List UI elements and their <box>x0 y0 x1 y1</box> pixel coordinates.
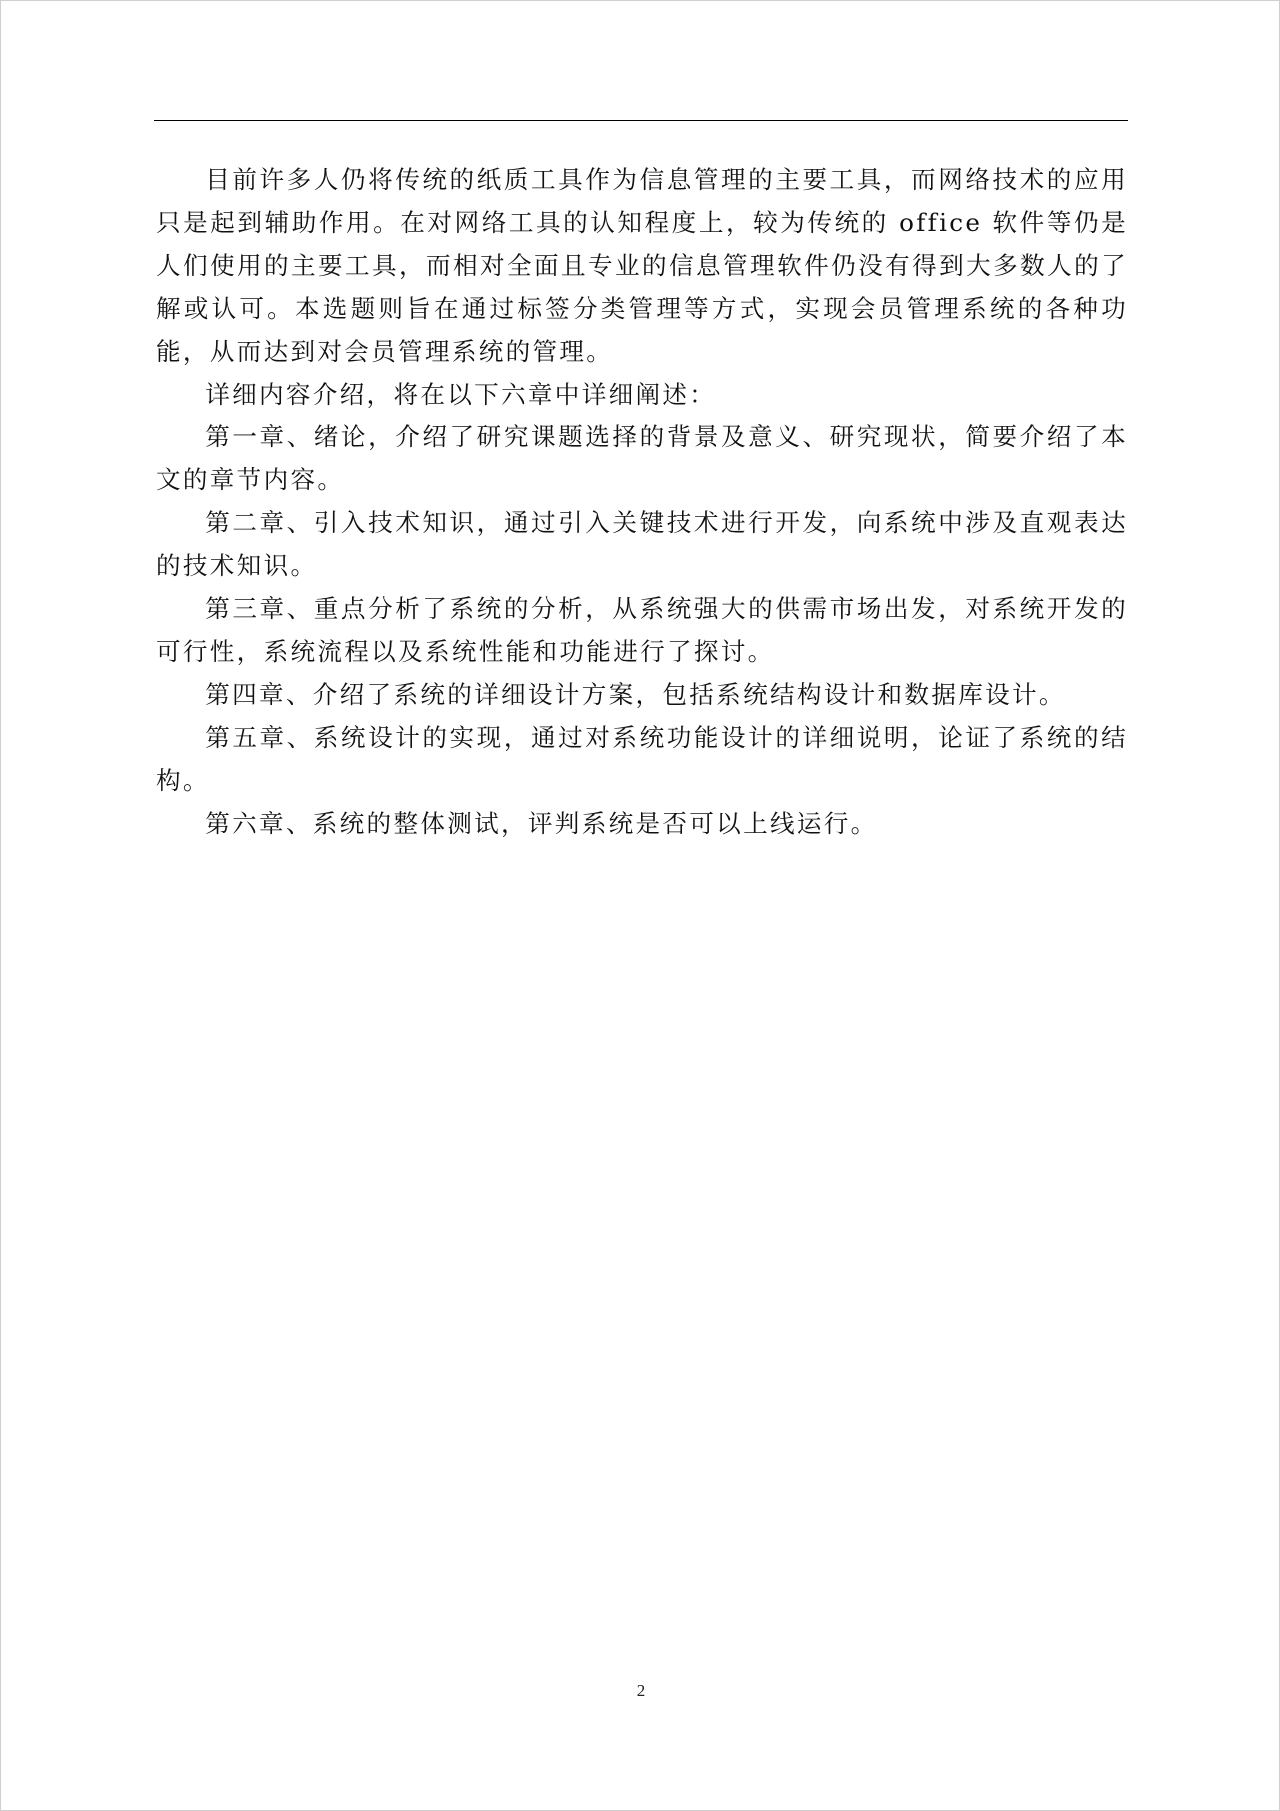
paragraph-chapter-2: 第二章、引入技术知识，通过引入关键技术进行开发，向系统中涉及直观表达的技术知识。 <box>156 502 1128 588</box>
paragraph-chapter-3: 第三章、重点分析了系统的分析，从系统强大的供需市场出发，对系统开发的可行性，系统… <box>156 588 1128 674</box>
paragraph-chapter-5: 第五章、系统设计的实现，通过对系统功能设计的详细说明，论证了系统的结构。 <box>156 717 1128 803</box>
paragraph-intro: 目前许多人仍将传统的纸质工具作为信息管理的主要工具，而网络技术的应用只是起到辅助… <box>156 159 1128 374</box>
body-text: 目前许多人仍将传统的纸质工具作为信息管理的主要工具，而网络技术的应用只是起到辅助… <box>156 159 1128 846</box>
header-rule <box>154 120 1128 121</box>
paragraph-chapter-4: 第四章、介绍了系统的详细设计方案，包括系统结构设计和数据库设计。 <box>156 674 1128 717</box>
paragraph-chapter-6: 第六章、系统的整体测试，评判系统是否可以上线运行。 <box>156 803 1128 846</box>
document-page: 目前许多人仍将传统的纸质工具作为信息管理的主要工具，而网络技术的应用只是起到辅助… <box>0 0 1280 1811</box>
paragraph-overview: 详细内容介绍，将在以下六章中详细阐述： <box>156 374 1128 417</box>
paragraph-chapter-1: 第一章、绪论，介绍了研究课题选择的背景及意义、研究现状，简要介绍了本文的章节内容… <box>156 416 1128 502</box>
page-number: 2 <box>1 1681 1280 1701</box>
